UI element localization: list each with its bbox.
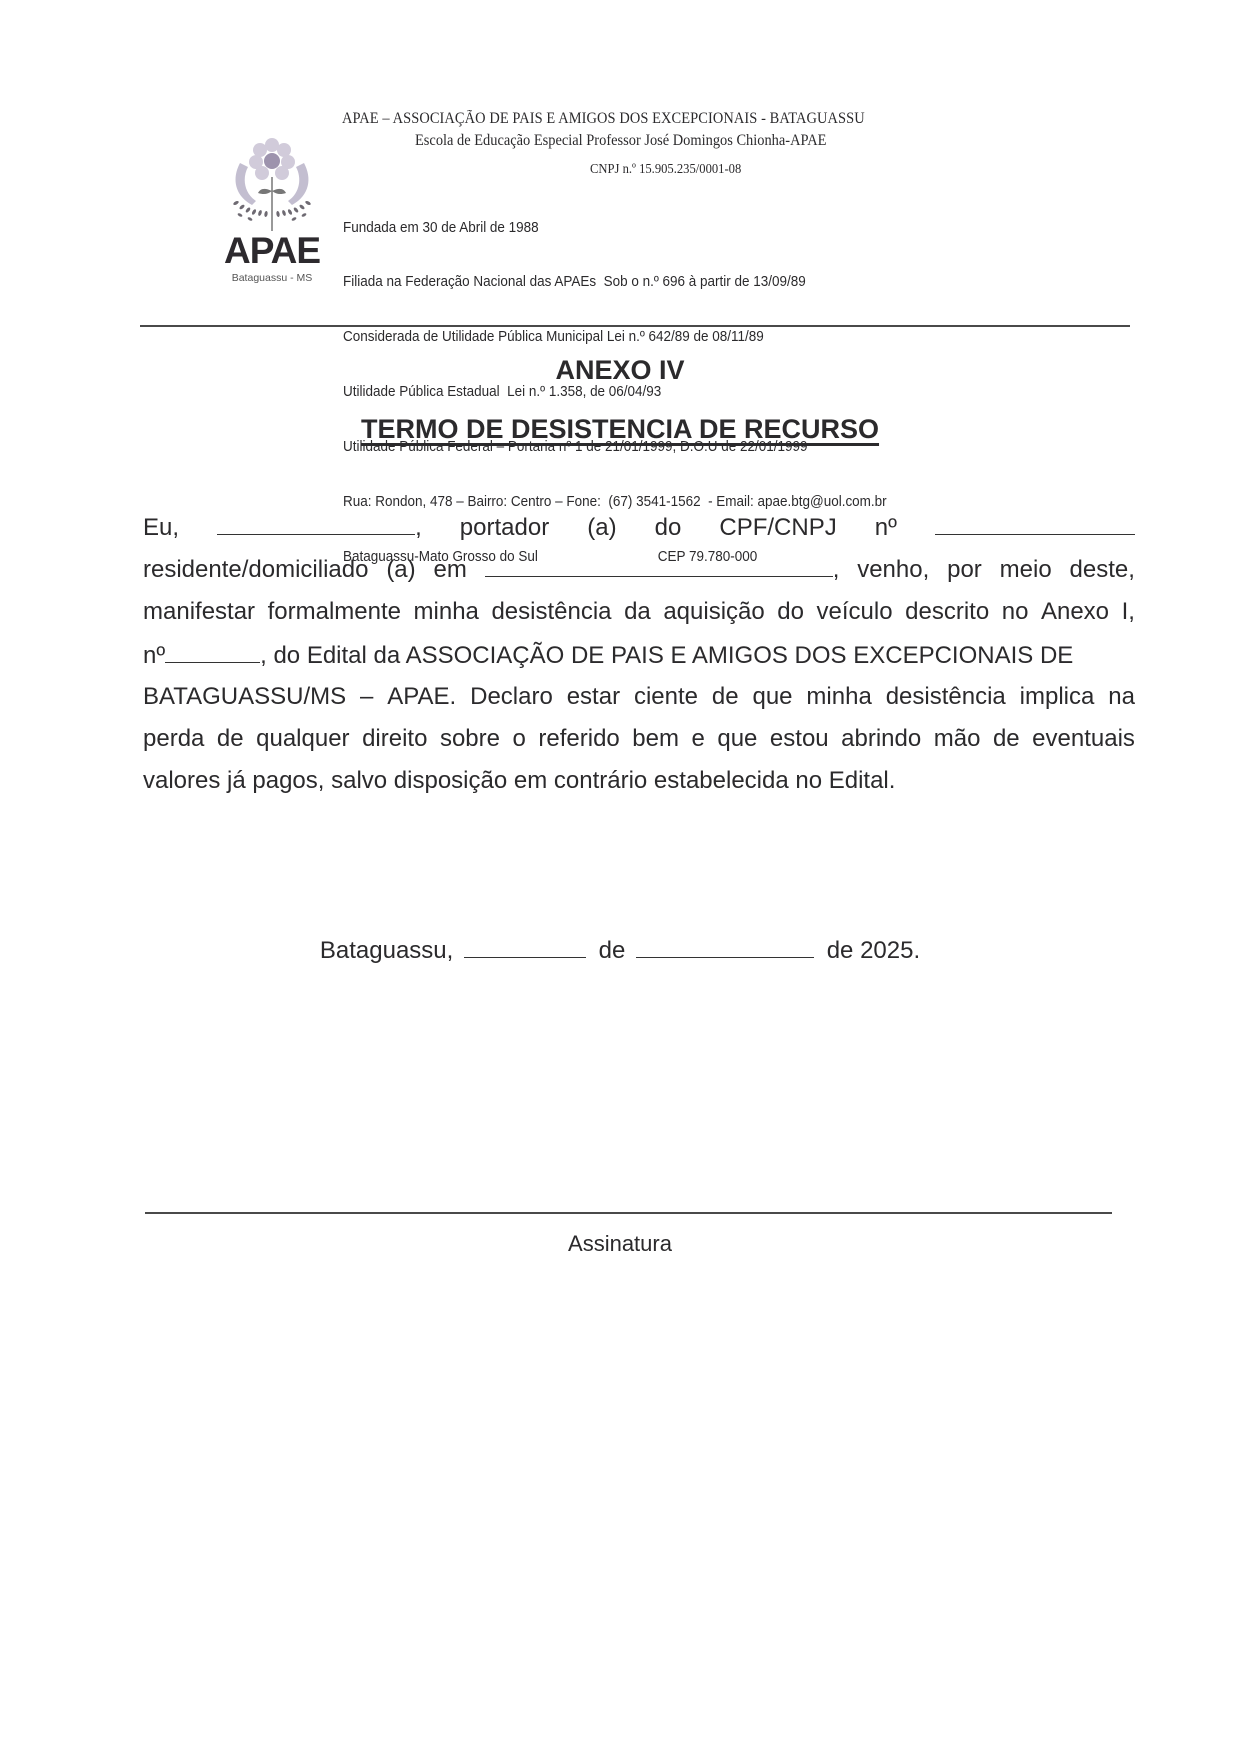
word: que <box>717 724 757 754</box>
word: desistência <box>491 597 611 627</box>
body-line-5: BATAGUASSU/MS–APAE.Declaroestarcientedeq… <box>143 682 1135 712</box>
name-blank-field[interactable] <box>217 512 415 535</box>
info-founded: Fundada em 30 de Abril de 1988 <box>343 219 887 237</box>
word: mão <box>934 724 981 754</box>
info-municipal: Considerada de Utilidade Pública Municip… <box>343 328 887 346</box>
word: qualquer <box>256 724 349 754</box>
word: que <box>752 682 792 712</box>
word: minha <box>806 682 871 712</box>
word: de <box>712 682 739 712</box>
info-federation: Filiada na Federação Nacional das APAEs … <box>343 273 887 291</box>
word: na <box>1108 682 1135 712</box>
logo-city: Bataguassu - MS <box>222 272 322 284</box>
text-meio: meio <box>1000 555 1052 585</box>
document-title: TERMO DE DESISTENCIA DE RECURSO <box>361 414 879 444</box>
comma: , <box>415 514 422 541</box>
text-venho: venho, <box>857 555 929 585</box>
word: estar <box>567 682 620 712</box>
text-numero: nº <box>143 641 165 671</box>
word: bem <box>632 724 679 754</box>
word: eventuais <box>1032 724 1135 754</box>
word: implica <box>1020 682 1095 712</box>
org-cnpj: CNPJ n.º 15.905.235/0001-08 <box>590 162 741 178</box>
word: do <box>777 597 804 627</box>
text-cpf-cnpj: CPF/CNPJ <box>719 513 836 543</box>
text-do: do <box>655 513 682 543</box>
word: e <box>691 724 704 754</box>
body-text-7: valores já pagos, salvo disposição em co… <box>143 766 895 796</box>
word: sobre <box>440 724 500 754</box>
word: APAE. <box>387 682 456 712</box>
org-title: APAE – ASSOCIAÇÃO DE PAIS E AMIGOS DOS E… <box>342 110 865 128</box>
text-eu: Eu, <box>143 513 179 543</box>
word: abrindo <box>841 724 921 754</box>
body-line-6: perdadequalquerdireitosobreoreferidobeme… <box>143 724 1135 754</box>
word: de <box>217 724 244 754</box>
text-em: em <box>434 555 467 585</box>
word: formalmente <box>268 597 401 627</box>
word: minha <box>414 597 479 627</box>
flower-hands-icon <box>222 133 322 233</box>
word: perda <box>143 724 204 754</box>
month-blank-field[interactable] <box>636 935 814 958</box>
word: I, <box>1122 597 1135 627</box>
word: Anexo <box>1041 597 1109 627</box>
signature-line[interactable] <box>145 1212 1112 1214</box>
word: BATAGUASSU/MS <box>143 682 346 712</box>
word: Declaro <box>470 682 553 712</box>
document-title-wrap: TERMO DE DESISTENCIA DE RECURSO <box>0 414 1240 445</box>
word: veículo <box>817 597 893 627</box>
text-year: de 2025. <box>827 937 920 964</box>
body-line-1: Eu, , portador (a) do CPF/CNPJ nº <box>143 512 1135 543</box>
text-por: por <box>947 555 982 585</box>
word: direito <box>362 724 427 754</box>
word: de <box>993 724 1020 754</box>
date-city: Bataguassu, <box>320 937 453 964</box>
text-a: (a) <box>587 513 616 543</box>
text-de: de <box>599 937 626 964</box>
word: referido <box>538 724 619 754</box>
info-state: Utilidade Pública Estadual Lei n.º 1.358… <box>343 383 887 401</box>
item-number-blank-field[interactable] <box>165 640 260 663</box>
comma: , <box>833 556 840 583</box>
body-line-7: valores já pagos, salvo disposição em co… <box>143 766 1135 796</box>
text-deste: deste, <box>1070 555 1135 585</box>
cpf-cnpj-blank-field[interactable] <box>935 512 1135 535</box>
name-field-wrap: , <box>217 512 422 543</box>
text-numero: nº <box>875 513 897 543</box>
text-portador: portador <box>460 513 549 543</box>
word: – <box>360 682 373 712</box>
word: estou <box>770 724 829 754</box>
word: manifestar <box>143 597 255 627</box>
word: da <box>624 597 651 627</box>
text-a: (a) <box>386 555 415 585</box>
day-blank-field[interactable] <box>464 935 586 958</box>
org-subtitle: Escola de Educação Especial Professor Jo… <box>415 132 826 150</box>
annex-title: ANEXO IV <box>0 355 1240 386</box>
address-field-wrap: , <box>485 554 840 585</box>
word: descrito <box>905 597 989 627</box>
info-address: Rua: Rondon, 478 – Bairro: Centro – Fone… <box>343 493 887 511</box>
header-divider <box>140 325 1130 327</box>
word: ciente <box>634 682 698 712</box>
body-line-3: manifestarformalmenteminhadesistênciadaa… <box>143 597 1135 627</box>
word: aquisição <box>663 597 764 627</box>
date-line: Bataguassu, de de 2025. <box>0 935 1240 965</box>
word: desistência <box>886 682 1006 712</box>
signature-label: Assinatura <box>0 1231 1240 1257</box>
text-residente: residente/domiciliado <box>143 555 368 585</box>
word: no <box>1002 597 1029 627</box>
body-text-4: , do Edital da ASSOCIAÇÃO DE PAIS E AMIG… <box>260 641 1073 671</box>
word: o <box>513 724 526 754</box>
address-blank-field[interactable] <box>485 554 833 577</box>
apae-logo: APAE Bataguassu - MS <box>222 133 322 285</box>
body-line-4: nº , do Edital da ASSOCIAÇÃO DE PAIS E A… <box>143 640 1135 671</box>
logo-wordmark: APAE <box>222 231 322 271</box>
body-line-2: residente/domiciliado (a) em , venho, po… <box>143 554 1135 585</box>
